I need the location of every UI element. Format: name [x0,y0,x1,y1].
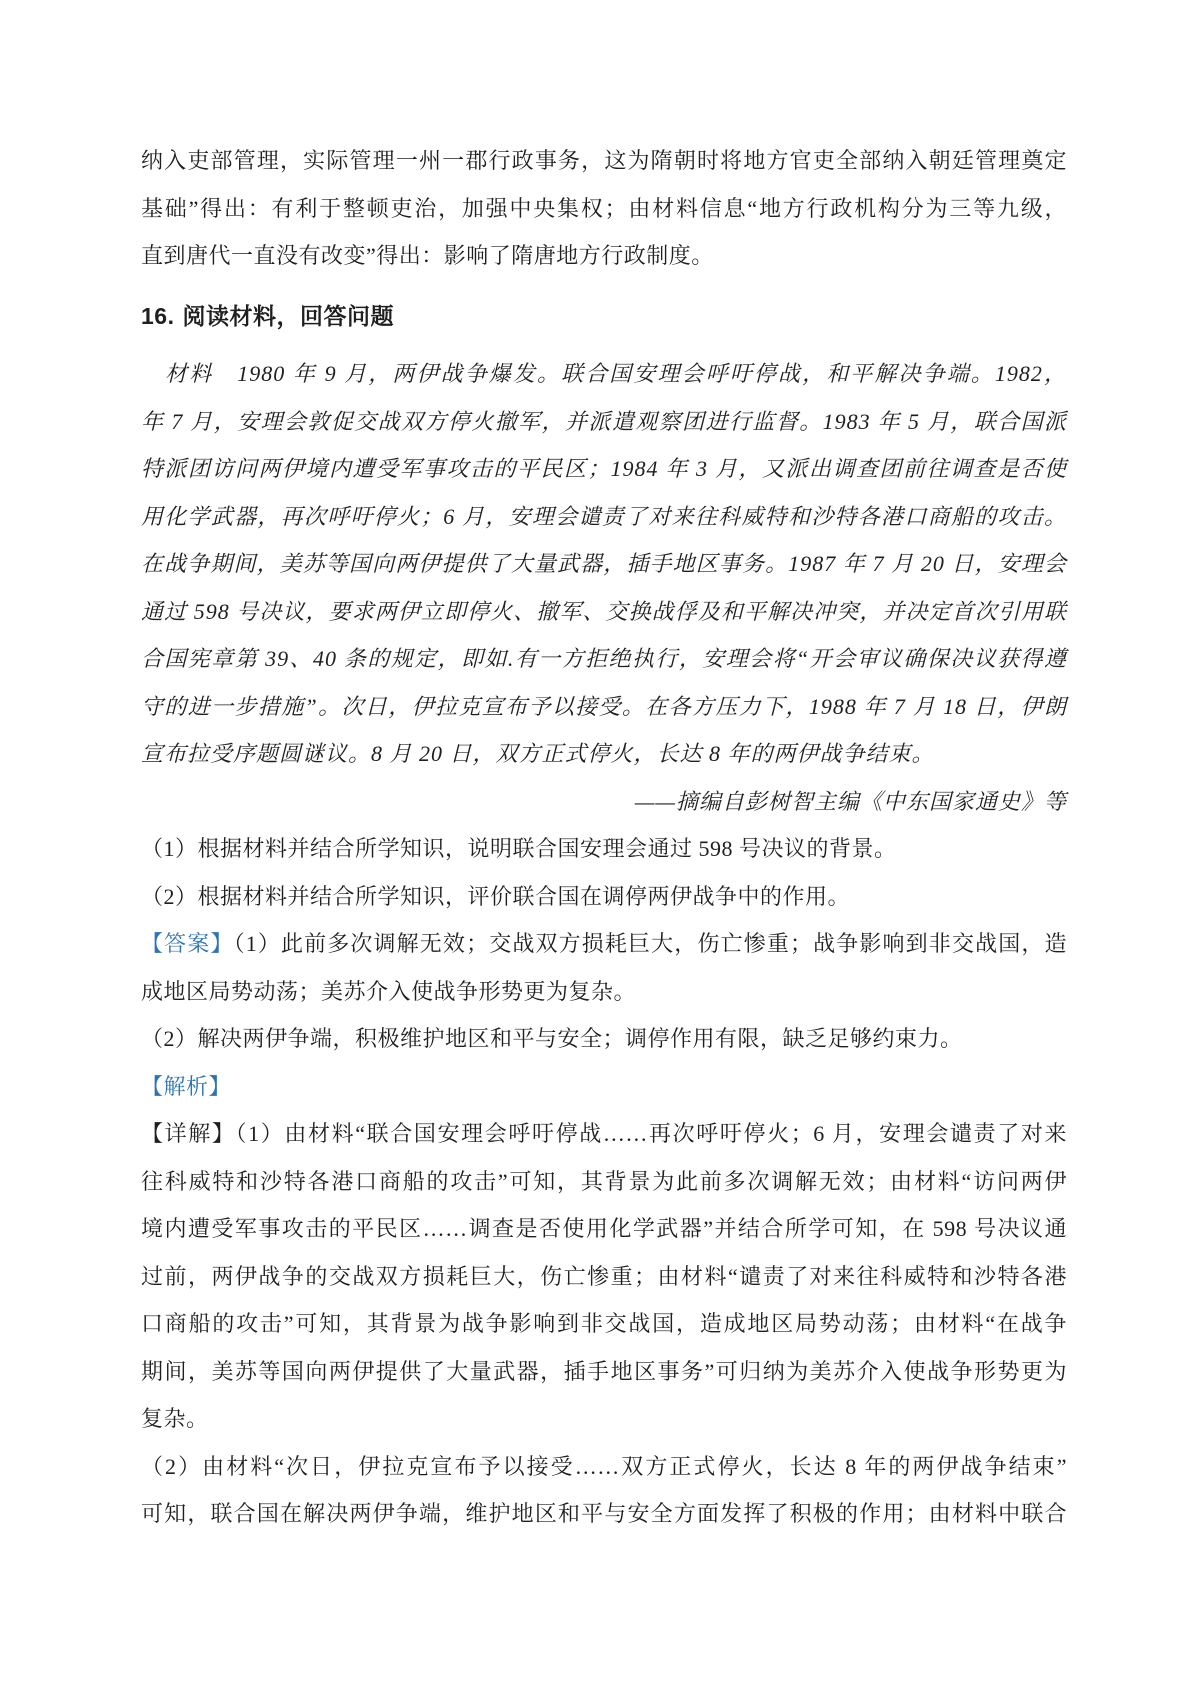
sub-question-1: （1）根据材料并结合所学知识，说明联合国安理会通过 598 号决议的背景。 [141,825,1067,873]
text-line: 直到唐代一直没有改变”得出：影响了隋唐地方行政制度。 [141,232,1067,280]
text-line: 期间，美苏等国向两伊提供了大量武器，插手地区事务”可归纳为美苏介入使战争形势更为 [141,1348,1067,1396]
material-paragraph: 材料 1980 年 9 月，两伊战争爆发。联合国安理会呼吁停战，和平解决争端。1… [141,350,1067,778]
question-16-heading: 16.阅读材料，回答问题 [141,293,1067,341]
text-line: 年 7 月，安理会敦促交战双方停火撤军，并派遣观察团进行监督。1983 年 5 … [141,398,1067,446]
text-line: 纳入吏部管理，实际管理一州一郡行政事务，这为隋朝时将地方官吏全部纳入朝廷管理奠定 [141,137,1067,185]
text-line: （2）由材料“次日，伊拉克宣布予以接受……双方正式停火，长达 8 年的两伊战争结… [141,1443,1067,1491]
text-line: 特派团访问两伊境内遭受军事攻击的平民区；1984 年 3 月，又派出调查团前往调… [141,445,1067,493]
answer-label: 【答案】 [141,931,234,956]
question-number: 16. [141,303,174,329]
answer-explanation-continued: 纳入吏部管理，实际管理一州一郡行政事务，这为隋朝时将地方官吏全部纳入朝廷管理奠定… [141,137,1067,280]
text-line: 【详解】（1）由材料“联合国安理会呼吁停战……再次呼吁停火；6 月，安理会谴责了… [141,1110,1067,1158]
text-line: 可知，联合国在解决两伊争端，维护地区和平与安全方面发挥了积极的作用；由材料中联合 [141,1490,1067,1538]
document-page: 纳入吏部管理，实际管理一州一郡行政事务，这为隋朝时将地方官吏全部纳入朝廷管理奠定… [0,0,1200,1698]
text-line: 往科威特和沙特各港口商船的攻击”可知，其背景为此前多次调解无效；由材料“访问两伊 [141,1158,1067,1206]
detail-label: 【详解】 [141,1121,236,1146]
source-citation: ——摘编自彭树智主编《中东国家通史》等 [141,778,1067,826]
answer-section: 【答案】（1）此前多次调解无效；交战双方损耗巨大，伤亡惨重；战争影响到非交战国，… [141,920,1067,1063]
text-line: 材料 1980 年 9 月，两伊战争爆发。联合国安理会呼吁停战，和平解决争端。1… [141,350,1067,398]
sub-question-2: （2）根据材料并结合所学知识，评价联合国在调停两伊战争中的作用。 [141,873,1067,921]
text-line: 复杂。 [141,1395,1067,1443]
text-line: 用化学武器，再次呼吁停火；6 月，安理会谴责了对来往科威特和沙特各港口商船的攻击… [141,493,1067,541]
text-line: 守的进一步措施”。次日，伊拉克宣布予以接受。在各方压力下，1988 年 7 月 … [141,683,1067,731]
text-line: 通过 598 号决议，要求两伊立即停火、撤军、交换战俘及和平解决冲突，并决定首次… [141,588,1067,636]
text-line: 在战争期间，美苏等国向两伊提供了大量武器，插手地区事务。1987 年 7 月 2… [141,540,1067,588]
detail-explanation-section: 【详解】（1）由材料“联合国安理会呼吁停战……再次呼吁停火；6 月，安理会谴责了… [141,1110,1067,1538]
text-line: 成地区局势动荡；美苏介入使战争形势更为复杂。 [141,968,1067,1016]
detail-text: （1）由材料“联合国安理会呼吁停战……再次呼吁停火；6 月，安理会谴责了对来 [236,1121,1067,1146]
text-line: 口商船的攻击”可知，其背景为战争影响到非交战国，造成地区局势动荡；由材料“在战争 [141,1300,1067,1348]
answer-text: （1）此前多次调解无效；交战双方损耗巨大，伤亡惨重；战争影响到非交战国，造 [234,931,1067,956]
question-heading-text: 阅读材料，回答问题 [182,303,394,329]
text-line: （2）解决两伊争端，积极维护地区和平与安全；调停作用有限，缺乏足够约束力。 [141,1015,1067,1063]
text-line: 合国宪章第 39、40 条的规定，即如.有一方拒绝执行，安理会将“开会审议确保决… [141,635,1067,683]
text-line: 【解析】 [141,1063,1067,1111]
analysis-label: 【解析】 [141,1074,231,1099]
text-line: 境内遭受军事攻击的平民区……调查是否使用化学武器”并结合所学可知，在 598 号… [141,1205,1067,1253]
text-line: 基础”得出：有利于整顿吏治，加强中央集权；由材料信息“地方行政机构分为三等九级， [141,185,1067,233]
document-content: 纳入吏部管理，实际管理一州一郡行政事务，这为隋朝时将地方官吏全部纳入朝廷管理奠定… [0,0,1200,1538]
text-line: 过前，两伊战争的交战双方损耗巨大，伤亡惨重；由材料“谴责了对来往科威特和沙特各港 [141,1253,1067,1301]
text-line: 【答案】（1）此前多次调解无效；交战双方损耗巨大，伤亡惨重；战争影响到非交战国，… [141,920,1067,968]
text-line: 宣布拉受序题圆谜议。8 月 20 日，双方正式停火，长达 8 年的两伊战争结束。 [141,730,1067,778]
